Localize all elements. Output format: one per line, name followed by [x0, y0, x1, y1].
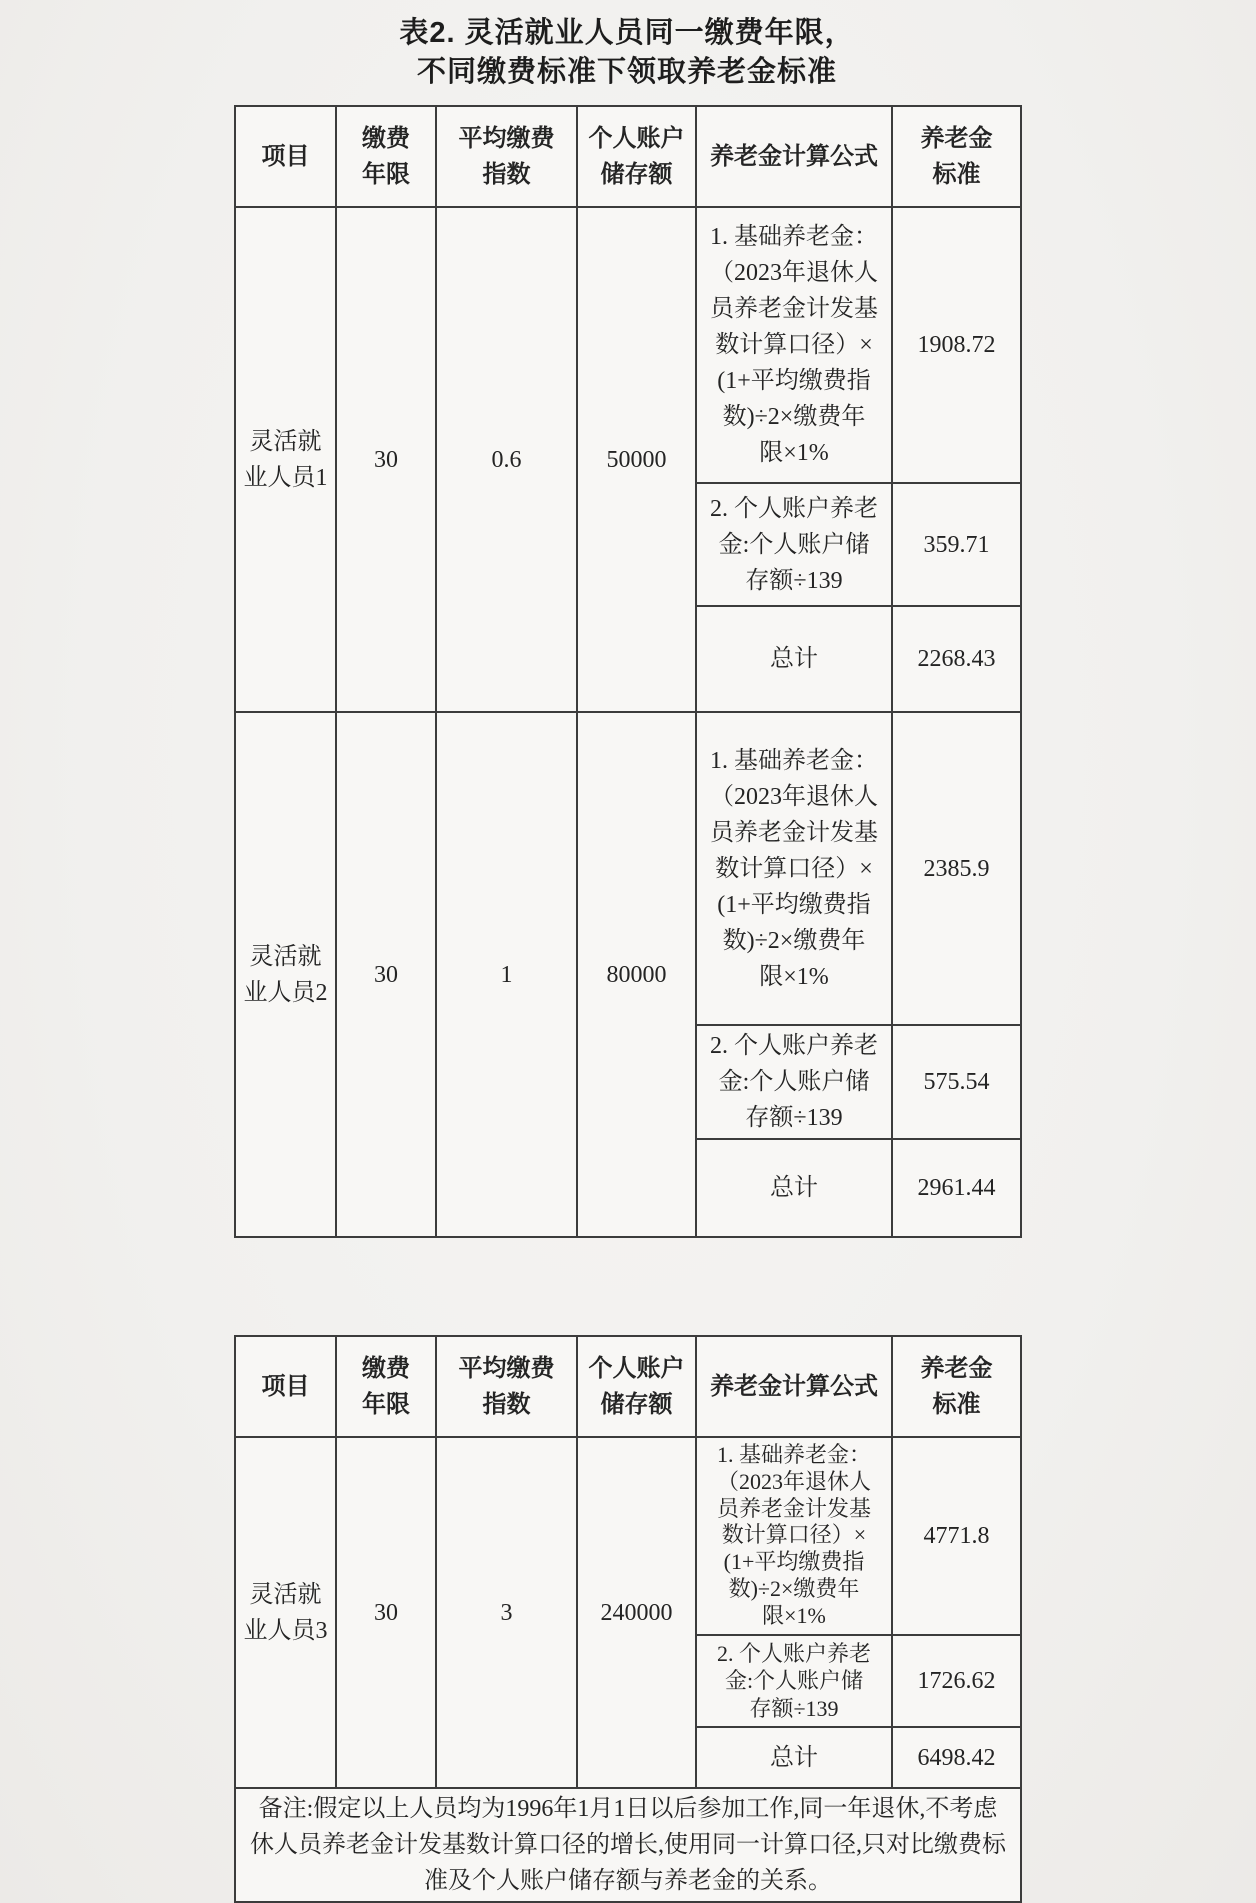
table-row: 灵活就 业人员1 30 0.6 50000 1. 基础养老金： （2023年退休…: [235, 207, 1021, 483]
pension-table-2: 项目 缴费 年限 平均缴费 指数 个人账户 储存额 养老金计算公式 养老金 标准…: [234, 1335, 1022, 1903]
total-label-cell: 总计: [696, 1727, 892, 1788]
header-balance-cell: 个人账户 储存额: [577, 106, 696, 207]
balance-cell: 80000: [577, 712, 696, 1237]
table-row: 项目 缴费 年限 平均缴费 指数 个人账户 储存额 养老金计算公式 养老金 标准: [235, 106, 1021, 207]
avg-index-cell: 1: [436, 712, 577, 1237]
table-title-line2: 不同缴费标准下领取养老金标准: [234, 53, 1020, 92]
formula-account-cell: 2. 个人账户养老 金:个人账户储 存额÷139: [696, 483, 892, 606]
table-title: 表2. 灵活就业人员同一缴费年限， 不同缴费标准下领取养老金标准: [234, 14, 1020, 92]
header-avg-index-cell: 平均缴费 指数: [436, 106, 577, 207]
total-amount-cell: 6498.42: [892, 1727, 1021, 1788]
total-amount-cell: 2268.43: [892, 606, 1021, 712]
header-item-cell: 项目: [235, 1336, 336, 1437]
person-name-cell: 灵活就 业人员3: [235, 1437, 336, 1788]
years-cell: 30: [336, 207, 436, 712]
header-balance-cell: 个人账户 储存额: [577, 1336, 696, 1437]
header-years-cell: 缴费 年限: [336, 1336, 436, 1437]
basic-amount-cell: 4771.8: [892, 1437, 1021, 1635]
avg-index-cell: 3: [436, 1437, 577, 1788]
person-name-cell: 灵活就 业人员1: [235, 207, 336, 712]
account-amount-cell: 575.54: [892, 1025, 1021, 1139]
header-item-cell: 项目: [235, 106, 336, 207]
header-years-cell: 缴费 年限: [336, 106, 436, 207]
note-cell: 备注:假定以上人员均为1996年1月1日以后参加工作,同一年退休,不考虑 休人员…: [235, 1788, 1021, 1902]
header-standard-cell: 养老金 标准: [892, 106, 1021, 207]
balance-cell: 50000: [577, 207, 696, 712]
pension-table-1: 项目 缴费 年限 平均缴费 指数 个人账户 储存额 养老金计算公式 养老金 标准…: [234, 105, 1022, 1238]
person-name-cell: 灵活就 业人员2: [235, 712, 336, 1237]
avg-index-cell: 0.6: [436, 207, 577, 712]
table-row: 备注:假定以上人员均为1996年1月1日以后参加工作,同一年退休,不考虑 休人员…: [235, 1788, 1021, 1902]
document-page: 表2. 灵活就业人员同一缴费年限， 不同缴费标准下领取养老金标准 项目 缴费 年…: [234, 0, 1020, 1903]
formula-account-cell: 2. 个人账户养老 金:个人账户储 存额÷139: [696, 1635, 892, 1728]
header-formula-cell: 养老金计算公式: [696, 1336, 892, 1437]
total-label-cell: 总计: [696, 606, 892, 712]
years-cell: 30: [336, 712, 436, 1237]
table-row: 灵活就 业人员3 30 3 240000 1. 基础养老金： （2023年退休人…: [235, 1437, 1021, 1635]
formula-basic-cell: 1. 基础养老金： （2023年退休人 员养老金计发基 数计算口径）× (1+平…: [696, 207, 892, 483]
table-row: 项目 缴费 年限 平均缴费 指数 个人账户 储存额 养老金计算公式 养老金 标准: [235, 1336, 1021, 1437]
header-formula-cell: 养老金计算公式: [696, 106, 892, 207]
formula-account-cell: 2. 个人账户养老 金:个人账户储 存额÷139: [696, 1025, 892, 1139]
header-standard-cell: 养老金 标准: [892, 1336, 1021, 1437]
formula-basic-cell: 1. 基础养老金： （2023年退休人 员养老金计发基 数计算口径）× (1+平…: [696, 1437, 892, 1635]
basic-amount-cell: 2385.9: [892, 712, 1021, 1025]
total-amount-cell: 2961.44: [892, 1139, 1021, 1237]
balance-cell: 240000: [577, 1437, 696, 1788]
table-row: 灵活就 业人员2 30 1 80000 1. 基础养老金： （2023年退休人 …: [235, 712, 1021, 1025]
table-title-line1: 表2. 灵活就业人员同一缴费年限，: [234, 14, 1020, 53]
formula-basic-cell: 1. 基础养老金： （2023年退休人 员养老金计发基 数计算口径）× (1+平…: [696, 712, 892, 1025]
header-avg-index-cell: 平均缴费 指数: [436, 1336, 577, 1437]
account-amount-cell: 359.71: [892, 483, 1021, 606]
years-cell: 30: [336, 1437, 436, 1788]
account-amount-cell: 1726.62: [892, 1635, 1021, 1728]
basic-amount-cell: 1908.72: [892, 207, 1021, 483]
total-label-cell: 总计: [696, 1139, 892, 1237]
